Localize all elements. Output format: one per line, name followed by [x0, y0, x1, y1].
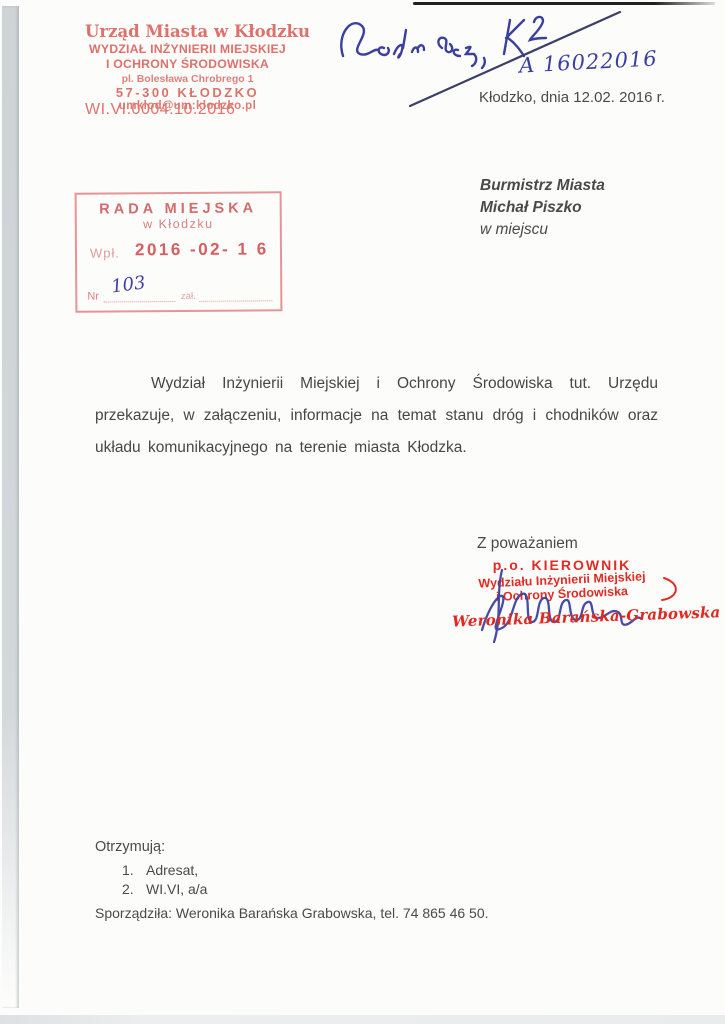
receipt-date: 2016 -02- 1 6: [135, 239, 269, 260]
date-line: Kłodzko, dnia 12.02. 2016 r.: [479, 89, 665, 106]
receipt-stamp-subtitle: w Kłodzku: [77, 216, 280, 231]
recipient-item: 2. WI.VI, a/a: [122, 880, 207, 899]
scan-edge-shadow-left: [2, 6, 19, 1008]
recipient-text: Adresat,: [146, 861, 198, 880]
scanned-letter-page: Urząd Miasta w Kłodzku WYDZIAŁ INŻYNIERI…: [0, 0, 725, 1024]
handwritten-entry-number: 103: [110, 272, 147, 297]
sender-office-name: Urząd Miasta w Kłodzku: [85, 22, 290, 41]
sender-postal-city: 57-300 KŁODZKO: [85, 85, 290, 100]
receipt-stamp-title: RADA MIEJSKA: [77, 200, 280, 217]
recipient-number: 2.: [122, 880, 146, 899]
reference-number: WI.VI.0004.10.2016: [85, 101, 235, 119]
closing-salutation: Z poważaniem: [477, 535, 578, 553]
addressee-title: Burmistrz Miasta: [480, 175, 605, 197]
dotted-line: [200, 290, 273, 302]
receipt-attachments-label: zał.: [181, 291, 196, 302]
addressee-name: Michał Piszko: [480, 197, 605, 219]
sender-department-line1: WYDZIAŁ INŻYNIERII MIEJSKIEJ: [85, 42, 290, 56]
addressee-block: Burmistrz Miasta Michał Piszko w miejscu: [480, 175, 605, 241]
recipient-item: 1. Adresat,: [122, 861, 207, 880]
receipt-stamp: RADA MIEJSKA w Kłodzku Wpł. 2016 -02- 1 …: [75, 191, 283, 312]
addressee-location: w miejscu: [480, 219, 605, 241]
recipients-list: 1. Adresat, 2. WI.VI, a/a: [122, 861, 207, 898]
sender-street: pl. Bolesława Chrobrego 1: [85, 73, 290, 85]
letter-body-paragraph: Wydział Inżynierii Miejskiej i Ochrony Ś…: [95, 368, 658, 464]
scan-edge-shadow-bottom: [0, 1015, 725, 1024]
receipt-received-label: Wpł.: [90, 245, 120, 260]
recipient-text: WI.VI, a/a: [146, 880, 207, 899]
recipients-label: Otrzymują:: [95, 839, 165, 855]
sender-department-line2: I OCHRONY ŚRODOWISKA: [85, 57, 290, 71]
prepared-by-line: Sporządziła: Weronika Barańska Grabowska…: [95, 905, 489, 921]
receipt-number-label: Nr: [87, 291, 99, 303]
sender-address-stamp: Urząd Miasta w Kłodzku WYDZIAŁ INŻYNIERI…: [85, 22, 290, 112]
recipient-number: 1.: [122, 861, 146, 880]
